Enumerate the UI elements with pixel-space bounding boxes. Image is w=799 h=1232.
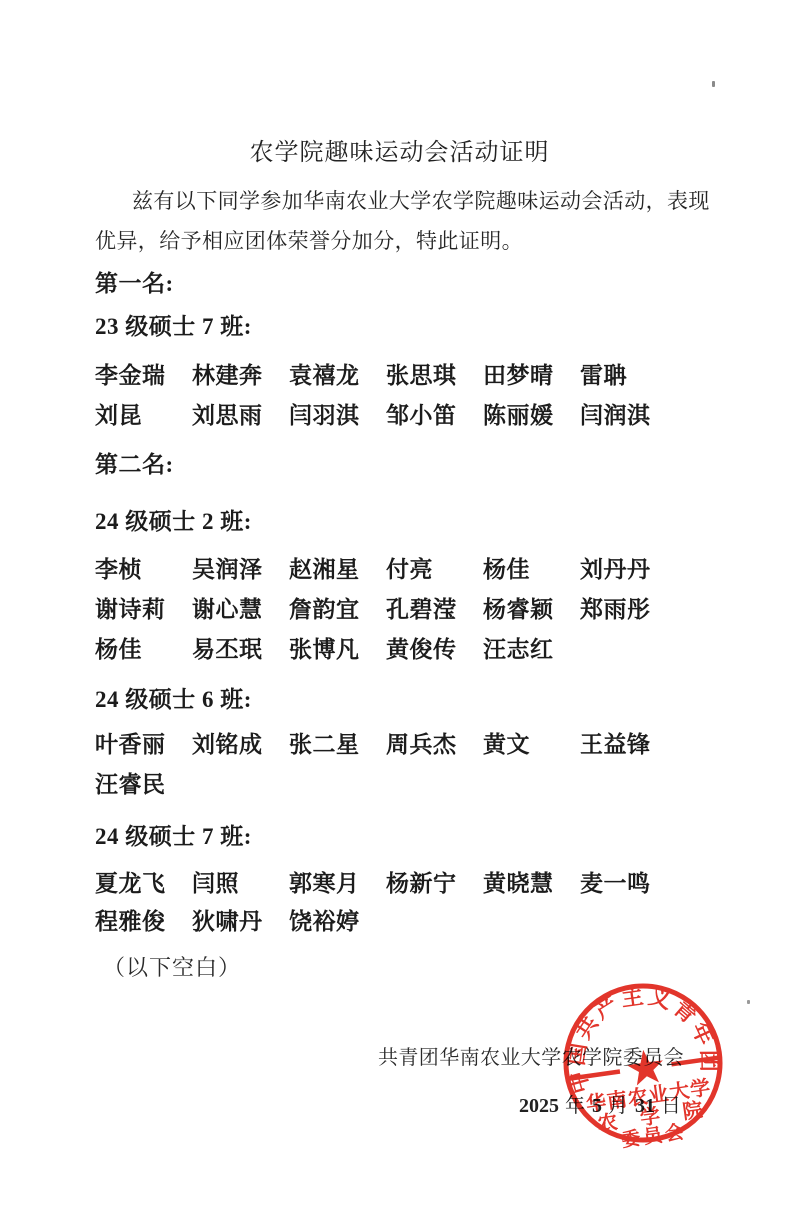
student-name: 谢诗莉 [95,591,192,624]
scan-speck [712,81,715,87]
student-name: 黄俊传 [386,631,483,664]
student-name: 雷聃 [580,357,677,390]
student-name: 王益锋 [580,726,677,759]
student-name: 黄文 [483,726,580,759]
rank2-label: 第二名: [95,446,174,479]
document-title: 农学院趣味运动会活动证明 [0,132,799,167]
student-name: 詹韵宜 [289,591,386,624]
student-name: 田梦晴 [483,357,580,390]
seal-star-icon [625,1047,666,1086]
student-name: 闫润淇 [580,397,677,430]
class-23-7-label: 23 级硕士 7 班: [95,308,252,341]
name-row: 谢诗莉 谢心慧 詹韵宜 孔碧滢 杨睿颖 郑雨彤 [95,591,755,624]
student-name: 郭寒月 [289,865,386,898]
name-row: 李金瑞 林建奔 袁禧龙 张思琪 田梦晴 雷聃 [95,357,755,390]
name-row: 杨佳 易丕珉 张博凡 黄俊传 汪志红 [95,631,755,664]
student-name: 张二星 [289,726,386,759]
student-name: 刘思雨 [192,397,289,430]
name-row: 刘昆 刘思雨 闫羽淇 邹小笛 陈丽媛 闫润淇 [95,397,755,430]
student-name: 李桢 [95,551,192,584]
student-name: 袁禧龙 [289,357,386,390]
class-24-2-label: 24 级硕士 2 班: [95,503,252,536]
student-name: 麦一鸣 [580,865,677,898]
official-seal: 中国共产主义青年团 华南农业大学 农 学 院 委员会 [535,955,752,1172]
student-name: 刘铭成 [192,726,289,759]
student-name: 程雅俊 [95,903,192,936]
student-name: 邹小笛 [386,397,483,430]
body-paragraph-line2: 优异，给予相应团体荣誉分加分，特此证明。 [95,225,735,255]
student-name: 狄啸丹 [192,903,289,936]
student-name: 付亮 [386,551,483,584]
rank1-label: 第一名: [95,265,174,298]
student-name: 杨新宁 [386,865,483,898]
name-row: 李桢 吴润泽 赵湘星 付亮 杨佳 刘丹丹 [95,551,755,584]
blank-below-note: （以下空白） [103,951,241,982]
student-name: 闫照 [192,865,289,898]
student-name: 刘丹丹 [580,551,677,584]
certificate-document: 农学院趣味运动会活动证明 兹有以下同学参加华南农业大学农学院趣味运动会活动，表现… [0,0,799,1232]
student-name: 刘昆 [95,397,192,430]
student-name: 谢心慧 [192,591,289,624]
student-name: 孔碧滢 [386,591,483,624]
scan-speck [747,1000,750,1004]
student-name: 张思琪 [386,357,483,390]
student-name: 张博凡 [289,631,386,664]
student-name: 叶香丽 [95,726,192,759]
student-name: 赵湘星 [289,551,386,584]
student-name: 周兵杰 [386,726,483,759]
name-row: 夏龙飞 闫照 郭寒月 杨新宁 黄晓慧 麦一鸣 [95,865,755,898]
name-row: 程雅俊 狄啸丹 饶裕婷 [95,903,755,936]
student-name: 吴润泽 [192,551,289,584]
student-name: 杨佳 [483,551,580,584]
student-name: 汪志红 [483,631,580,664]
student-name: 李金瑞 [95,357,192,390]
student-name: 易丕珉 [192,631,289,664]
student-name: 黄晓慧 [483,865,580,898]
class-24-7-label: 24 级硕士 7 班: [95,818,252,851]
name-row: 叶香丽 刘铭成 张二星 周兵杰 黄文 王益锋 [95,726,755,759]
class-24-6-label: 24 级硕士 6 班: [95,681,252,714]
name-row: 汪睿民 [95,766,755,799]
student-name: 陈丽媛 [483,397,580,430]
student-name: 郑雨彤 [580,591,677,624]
student-name: 林建奔 [192,357,289,390]
student-name: 杨睿颖 [483,591,580,624]
student-name: 夏龙飞 [95,865,192,898]
body-paragraph-line1: 兹有以下同学参加华南农业大学农学院趣味运动会活动，表现 [95,185,735,215]
student-name: 饶裕婷 [289,903,386,936]
student-name: 汪睿民 [95,766,192,799]
student-name: 闫羽淇 [289,397,386,430]
student-name: 杨佳 [95,631,192,664]
